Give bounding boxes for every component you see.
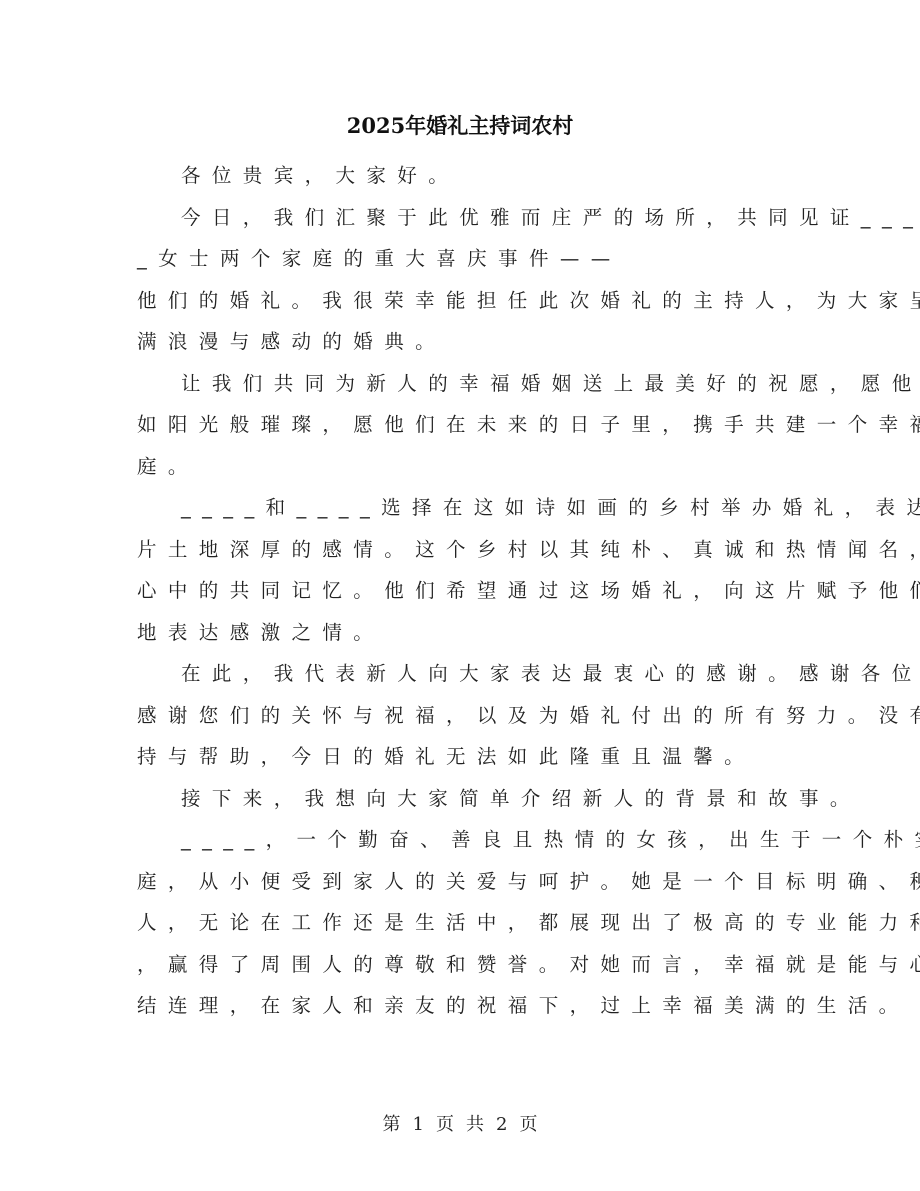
text-line: 结连理，在家人和亲友的祝福下，过上幸福美满的生活。 bbox=[137, 985, 785, 1027]
document-body: 各位贵宾，大家好。 今日，我们汇聚于此优雅而庄严的场所，共同见证____先生和_… bbox=[137, 155, 785, 1027]
text-line: 片土地深厚的感情。这个乡村以其纯朴、真诚和热情闻名，也是新人 bbox=[137, 529, 785, 571]
text-line: 持与帮助，今日的婚礼无法如此隆重且温馨。 bbox=[137, 736, 785, 778]
text-line: ，赢得了周围人的尊敬和赞誉。对她而言，幸福就是能与心爱的人共 bbox=[137, 944, 785, 986]
footer-total-prefix: 共 bbox=[466, 1114, 484, 1135]
page-number-footer: 第1页共2页 bbox=[0, 1110, 920, 1136]
text-line: 各位贵宾，大家好。 bbox=[137, 155, 785, 197]
total-page-count: 2 bbox=[496, 1114, 507, 1135]
text-line: 庭，从小便受到家人的关爱与呵护。她是一个目标明确、积极向上的 bbox=[137, 861, 785, 903]
footer-prefix: 第 bbox=[383, 1114, 401, 1135]
document-page: 2025年婚礼主持词农村 各位贵宾，大家好。 今日，我们汇聚于此优雅而庄严的场所… bbox=[0, 0, 920, 1191]
document-title: 2025年婚礼主持词农村 bbox=[0, 110, 920, 140]
text-line: 心中的共同记忆。他们希望通过这场婚礼，向这片赋予他们生命的土 bbox=[137, 570, 785, 612]
current-page-number: 1 bbox=[413, 1114, 424, 1135]
text-line: 今日，我们汇聚于此优雅而庄严的场所，共同见证____先生和____ bbox=[137, 197, 785, 239]
text-line: 满浪漫与感动的婚典。 bbox=[137, 321, 785, 363]
text-line: 地表达感激之情。 bbox=[137, 612, 785, 654]
text-line: 接下来，我想向大家简单介绍新人的背景和故事。 bbox=[137, 778, 785, 820]
text-line: 感谢您们的关怀与祝福，以及为婚礼付出的所有努力。没有您们的支 bbox=[137, 695, 785, 737]
text-line: 让我们共同为新人的幸福婚姻送上最美好的祝愿，愿他们的爱情 bbox=[137, 363, 785, 405]
text-line: 在此，我代表新人向大家表达最衷心的感谢。感谢各位的光临， bbox=[137, 653, 785, 695]
text-line: _女士两个家庭的重大喜庆事件—— bbox=[137, 238, 785, 280]
text-line: 他们的婚礼。我很荣幸能担任此次婚礼的主持人，为大家呈现这场充 bbox=[137, 280, 785, 322]
text-line: 庭。 bbox=[137, 446, 785, 488]
footer-total-unit: 页 bbox=[519, 1114, 537, 1135]
text-line: 如阳光般璀璨，愿他们在未来的日子里，携手共建一个幸福美满的家 bbox=[137, 404, 785, 446]
text-line: ____和____选择在这如诗如画的乡村举办婚礼，表达出他们对这 bbox=[137, 487, 785, 529]
text-line: ____，一个勤奋、善良且热情的女孩，出生于一个朴实的农村家 bbox=[137, 819, 785, 861]
footer-page-unit: 页 bbox=[436, 1114, 454, 1135]
text-line: 人，无论在工作还是生活中，都展现出了极高的专业能力和敬业精神 bbox=[137, 902, 785, 944]
